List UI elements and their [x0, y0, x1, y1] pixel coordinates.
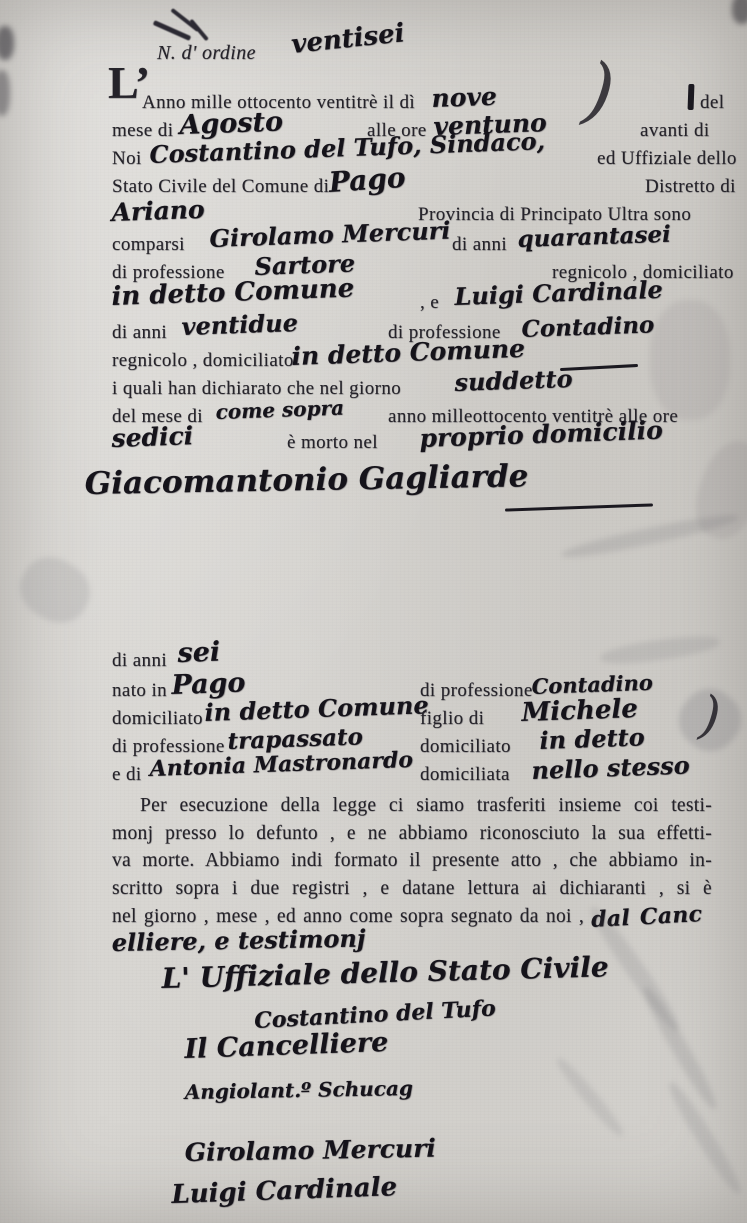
- witness2-signature: Luigi Cardinale: [171, 1172, 398, 1210]
- printed-text: regnicolo , domiciliato: [112, 350, 294, 372]
- written-death-hour: sedici: [111, 421, 194, 453]
- printed-text: di anni: [452, 234, 507, 256]
- printed-text: domiciliata: [420, 764, 510, 786]
- order-number-value: ventisei: [290, 18, 406, 60]
- bleed-through-smudge: [650, 300, 730, 420]
- ink-blot-bar: [688, 84, 695, 110]
- written-distretto: Ariano: [111, 195, 205, 227]
- written-witness2-age: ventidue: [181, 308, 298, 341]
- printed-text: di professione: [420, 680, 533, 702]
- printed-text: di anni: [112, 322, 167, 344]
- printed-text: , e: [420, 292, 439, 314]
- written-deceased-age: sei: [177, 637, 221, 669]
- printed-text: domiciliato: [112, 708, 203, 730]
- ink-smudge: [0, 70, 10, 116]
- closing-line: monj presso lo defunto , e ne abbiamo ri…: [112, 820, 712, 848]
- written-witness2-name: Luigi Cardinale: [454, 275, 663, 311]
- bleed-through-smudge: [552, 1054, 627, 1140]
- ink-flourish: ): [579, 46, 620, 135]
- printed-text: figlio di: [420, 708, 484, 730]
- written-closing-continuation: elliere, e testimonj: [111, 924, 365, 957]
- written-death-month: come sopra: [215, 396, 344, 424]
- written-witness2-domicile: in detto Comune: [291, 334, 525, 371]
- printed-text: di anni: [112, 650, 167, 672]
- closing-paragraph: Per esecuzione della legge ci siamo tras…: [112, 792, 712, 931]
- official-title-signature: L' Uffiziale dello Stato Civile: [161, 950, 609, 995]
- death-record-page: N. d' ordine ventisei L’ Anno mille otto…: [0, 0, 747, 1223]
- printed-text: ed Uffiziale dello: [597, 148, 737, 170]
- written-comune: Pago: [328, 161, 407, 199]
- printed-text: del: [700, 92, 724, 114]
- printed-text: Distretto di: [645, 176, 736, 198]
- ink-dash: [505, 503, 653, 511]
- written-witness1-age: quarantasei: [517, 221, 671, 253]
- written-father-domicile: in detto: [539, 722, 645, 755]
- witness1-signature: Girolamo Mercuri: [184, 1134, 436, 1167]
- printed-text: avanti di: [640, 120, 710, 142]
- chancellor-name-signature: Angiolant.º Schucag: [185, 1076, 413, 1104]
- printed-text: domiciliato: [420, 736, 511, 758]
- printed-text: nato in: [112, 680, 167, 702]
- bleed-through-smudge: [599, 632, 721, 669]
- written-mother-domicile: nello stesso: [531, 750, 690, 785]
- bleed-through-smudge: [10, 547, 101, 634]
- written-witness1-name: Girolamo Mercuri: [209, 216, 451, 253]
- chancellor-title-signature: Il Cancelliere: [184, 1027, 389, 1065]
- ink-smudge: [0, 26, 14, 60]
- printed-text: è morto nel: [287, 432, 378, 454]
- printed-text: Noi: [112, 148, 142, 170]
- written-death-day: suddetto: [454, 364, 573, 397]
- written-witness2-profession: Contadino: [521, 311, 655, 343]
- ink-smudge: [732, 0, 747, 24]
- deceased-name: Giacomantonio Gagliarde: [84, 458, 528, 502]
- closing-line: va morte. Abbiamo indi formato il presen…: [112, 847, 712, 875]
- printed-text: Stato Civile del Comune di: [112, 176, 329, 198]
- written-day: nove: [431, 82, 497, 113]
- printed-text: i quali han dichiarato che nel giorno: [112, 378, 401, 400]
- printed-text: comparsi: [112, 234, 185, 256]
- order-number-label: N. d' ordine: [157, 42, 256, 65]
- closing-line: Per esecuzione della legge ci siamo tras…: [112, 792, 712, 820]
- closing-line: scritto sopra i due registri , e datane …: [112, 875, 712, 903]
- margin-scribble: [189, 19, 209, 41]
- printed-text: e di: [112, 764, 142, 786]
